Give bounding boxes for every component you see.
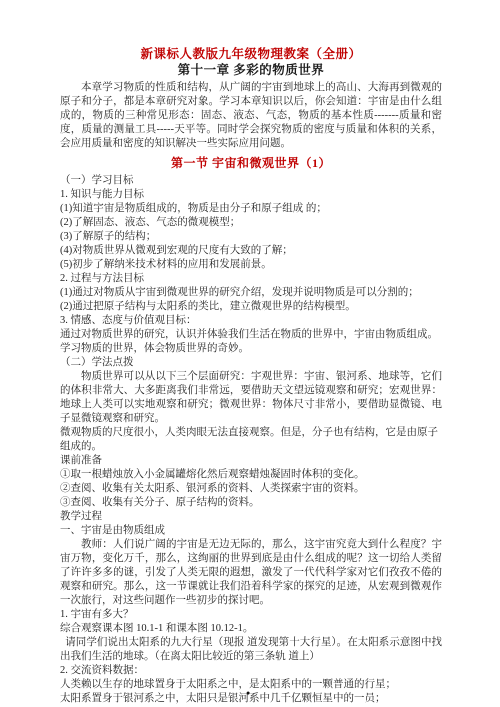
doc-line: （一）学习目标 [60, 174, 442, 188]
doc-line: ③查阅、收集有关分子、原子结构的资料。 [60, 496, 442, 510]
doc-line: ②查阅、收集有关太阳系、银河系的资料、人类探索宇宙的资料。 [60, 482, 442, 496]
doc-line: (5)初步了解纳米技术材料的应用和发展前景。 [60, 258, 442, 272]
doc-line: 微观物质的尺度很小，人类肉眼无法直接观察。但是，分子也有结构，它是由原子组成的。 [60, 426, 442, 454]
doc-line: 1. 知识与能力目标 [60, 188, 442, 202]
doc-paragraph: 教师：人们说广阔的宇宙是无边无际的，那么，这宇宙究竟大到什么程度？宇宙万物，变化… [60, 538, 442, 608]
document-content: 新课标人教版九年级物理教案（全册）第十一章 多彩的物质世界本章学习物质的性质和结… [60, 46, 442, 706]
document-page: 新课标人教版九年级物理教案（全册）第十一章 多彩的物质世界本章学习物质的性质和结… [0, 0, 500, 707]
doc-line: (1)通过对物质从宇宙到微观世界的研究介绍，发现并说明物质是可以分割的； [60, 286, 442, 300]
doc-line: 通过对物质世界的研究，认识并体验我们生活在物质的世界中，宇宙由物质组成。 [60, 328, 442, 342]
doc-line: (1)知道宇宙是物质组成的，物质是由分子和原子组成 的； [60, 202, 442, 216]
doc-paragraph: 物质世界可以从以下三个层面研究：宇观世界：宇宙、银河系、地球等，它们的体积非常大… [60, 370, 442, 426]
doc-line: (3)了解原子的结构； [60, 230, 442, 244]
footer-page-dot: ● [246, 690, 250, 697]
doc-line: 课前准备 [60, 454, 442, 468]
doc-line: 教学过程 [60, 510, 442, 524]
doc-section-heading: 第一节 宇宙和微观世界（1） [60, 155, 442, 171]
doc-line: 太阳系置身于银河系之中，太阳只是银河系中几千亿颗恒星中的一员； [60, 692, 442, 706]
doc-line: ①取一根蜡烛放入小金属罐熔化然后观察蜡烛凝固时体积的变化。 [60, 468, 442, 482]
doc-line: 一、宇宙是由物质组成 [60, 524, 442, 538]
doc-line: (2)通过把原子结构与太阳系的类比，建立微观世界的结构模型。 [60, 300, 442, 314]
doc-paragraph: 本章学习物质的性质和结构，从广阔的宇宙到地球上的高山、大海再到微观的原子和分子，… [60, 81, 442, 151]
doc-line: 3. 情感、态度与价值观目标： [60, 314, 442, 328]
doc-line: 人类赖以生存的地球置身于太阳系之中，是太阳系中的一颗普通的行星； [60, 678, 442, 692]
doc-paragraph: 请同学们说出太阳系的九大行星（现报 道发现第十大行星）。在太阳系示意图中找出我们… [60, 636, 442, 664]
doc-line: (4)对物质世界从微观到宏观的尺度有大致的了解； [60, 244, 442, 258]
doc-line: (2)了解固态、液态、气态的微观模型； [60, 216, 442, 230]
doc-line: 2. 过程与方法目标 [60, 272, 442, 286]
doc-line: 1. 宇宙有多大？ [60, 608, 442, 622]
doc-line: 2. 交流资料数据： [60, 664, 442, 678]
doc-chapter-heading: 第十一章 多彩的物质世界 [60, 62, 442, 78]
doc-line: （二）学法点拨 [60, 356, 442, 370]
doc-title: 新课标人教版九年级物理教案（全册） [60, 46, 442, 62]
doc-line: 学习物质的世界，体会物质世界的奇妙。 [60, 342, 442, 356]
doc-line: 综合观察课本图 10.1-1 和课本图 10.12-1。 [60, 622, 442, 636]
